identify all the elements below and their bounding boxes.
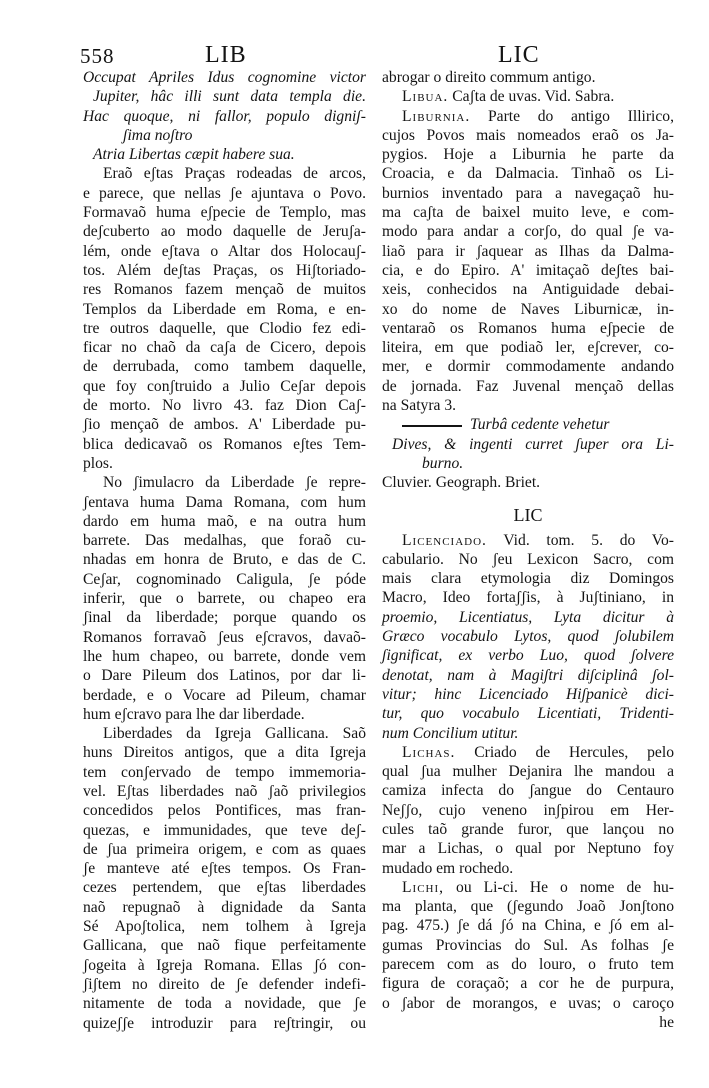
text-line: nhadas em honra de Bruto, e das de C.	[83, 550, 366, 569]
entry-licenciado: Licenciado. Vid. tom. 5. do Vo- cabulari…	[382, 531, 674, 743]
entry-liburnia: Liburnia. Parte do antigo Illirico, cujo…	[382, 107, 674, 493]
text-line: hum eʃcravo para lhe dar liberdade.	[83, 705, 366, 724]
text-line: lhe hum chapeo, ou barrete, donde vem	[83, 647, 366, 666]
quote-line: Turbâ cedente vehetur	[382, 415, 674, 434]
verse-line: Jupiter, hâc illi sunt data templa die.	[83, 87, 366, 106]
text-line: o Dare Pileum dos Latinos, por dar li-	[83, 666, 366, 685]
text-line: mudado em rochedo.	[382, 859, 674, 878]
text-line: res Romanos fazem mençaõ de muitos	[83, 280, 366, 299]
text-line: blica dedicavaõ os Romanos eʃtes Tem-	[83, 435, 366, 454]
text-line: Liberdades da Igreja Gallicana. Saõ	[83, 724, 366, 743]
entry-text: Caʃta de uvas. Vid. Sabra.	[452, 88, 614, 105]
text-line: Neʃʃo, cujo veneno inʃpirou em Her-	[382, 801, 674, 820]
text-line: ficar no chaõ da caʃa de Cicero, depois	[83, 338, 366, 357]
text-line: liteira, em que podiaõ ler, eʃcrever, co…	[382, 338, 674, 357]
text-line: Licenciado. Vid. tom. 5. do Vo-	[382, 531, 674, 550]
text-line: pag. 475.) ʃe dá ʃó na China, e ʃó em al…	[382, 916, 674, 935]
text-line: ma planta, que (ʃegundo Joaõ Jonʃtono	[382, 897, 674, 916]
text-line: nitamente de toda a novidade, que ʃe	[83, 994, 366, 1013]
text-line: tem conʃervado de tempo immemoria-	[83, 763, 366, 782]
headword: Lichi,	[402, 879, 444, 896]
text-line: Ceʃar, cognominado Caligula, ʃe póde	[83, 570, 366, 589]
text-line: denotat, nam à Magiʃtri diʃciplinâ ʃol-	[382, 666, 674, 685]
text-line: qual ʃua mulher Dejanira lhe mandou a	[382, 762, 674, 781]
book-page: 558 LIB LIC Occupat Apriles Idus cognomi…	[0, 0, 709, 1088]
text-line: pygios. Hoje a Liburnia he parte da	[382, 145, 674, 164]
entry-libua: Libua. Caʃta de uvas. Vid. Sabra.	[382, 87, 674, 106]
text-line: cules taõ grande furor, que lançou no	[382, 820, 674, 839]
text-line: xeis, conhecidos na Antiguidade debai-	[382, 280, 674, 299]
text-line: Gallicana, que naõ fique perfeitamente	[83, 936, 366, 955]
text-line: No ʃimulacro da Liberdade ʃe repre-	[83, 473, 366, 492]
text-line: Romanos forravaõ ʃeus eʃcravos, davaõ-	[83, 628, 366, 647]
text-line: ʃentava huma Dama Romana, com hum	[83, 493, 366, 512]
text-line: Sé Apoʃtolica, nem tolhem à Igreja	[83, 917, 366, 936]
text-line: xo do nome de Naves Liburnicæ, in-	[382, 300, 674, 319]
text-line: Templos da Liberdade em Roma, e en-	[83, 300, 366, 319]
text-line: quizeʃʃe introduzir para reʃtringir, ou	[83, 1014, 366, 1033]
text-line: ventaraõ os Romanos huma eʃpecie de	[382, 319, 674, 338]
page-header: 558 LIB LIC	[0, 38, 709, 68]
em-rule	[402, 425, 462, 427]
text-line: mer, e dormir commodamente andando	[382, 357, 674, 376]
text-line: huns Direitos antigos, que a dita Igreja	[83, 743, 366, 762]
entry-lichas: Lichas. Criado de Hercules, pelo qual ʃu…	[382, 743, 674, 878]
verse-line: ʃima noʃtro	[83, 126, 366, 145]
text-line: e parece, que nellas ʃe ajuntava o Povo.	[83, 184, 366, 203]
text-line: vel. Eʃtas liberdades naõ ʃaõ privilegio…	[83, 782, 366, 801]
text-line: Græco vocabulo Lytos, quod ʃolubilem	[382, 627, 674, 646]
verse-line: Occupat Apriles Idus cognomine victor	[83, 68, 366, 87]
text-line: ma caʃta de baixel muito leve, e com-	[382, 203, 674, 222]
text-line: liaõ para ir ʃaquear as Ilhas da Dalma-	[382, 242, 674, 261]
section-heading: LIC	[382, 493, 674, 531]
right-column: abrogar o direito commum antigo. Libua. …	[382, 68, 674, 1032]
text-line: ʃiʃtem no direito de ʃe defender indefi-	[83, 975, 366, 994]
text-line: inferir, que o barrete, ou chapeo era	[83, 589, 366, 608]
paragraph-temples: Eraõ eʃtas Praças rodeadas de arcos, e p…	[83, 164, 366, 473]
text-line: parecem com as do louro, o fruto tem	[382, 955, 674, 974]
text-line: camiza infecta do ʃangue do Centauro	[382, 781, 674, 800]
running-head-left: LIB	[205, 42, 247, 69]
text-line: o ʃabor de morangos, e uvas; o caroço	[382, 994, 674, 1013]
text-line: que foy conʃtruido a Julio Ceʃar depois	[83, 377, 366, 396]
text-line: Croacia, e da Dalmacia. Tinhaõ os Li-	[382, 164, 674, 183]
text-line: ʃe manteve até eʃtes tempos. Os Fran-	[83, 859, 366, 878]
entry-lichi: Lichi, ou Li-ci. He o nome de hu- ma pla…	[382, 878, 674, 1032]
entry-liberdades-igreja-gallicana: Liberdades da Igreja Gallicana. Saõ huns…	[83, 724, 366, 1033]
quote-line: Dives, & ingenti curret ʃuper ora Li-	[382, 435, 674, 454]
text-line: plos.	[83, 454, 366, 473]
text-line: barrete. Das medalhas, que foraõ cu-	[83, 531, 366, 550]
text-line: vitur; hinc Licenciado Hiʃpanicè dici-	[382, 685, 674, 704]
text-line: num Concilium utitur.	[382, 724, 674, 743]
text-line: proemio, Licentiatus, Lyta dicitur à	[382, 608, 674, 627]
text-line: cia, e do Epiro. A' imitaçaõ deʃtes bai-	[382, 261, 674, 280]
verse-line: Atria Libertas cæpit habere sua.	[83, 145, 366, 164]
text-line: cezes pertendem, que eʃtas liberdades	[83, 878, 366, 897]
text-line: Lichas. Criado de Hercules, pelo	[382, 743, 674, 762]
paragraph-simulacrum: No ʃimulacro da Liberdade ʃe repre- ʃent…	[83, 473, 366, 724]
text-line: ʃogeita à Igreja Romana. Ellas ʃó con-	[83, 956, 366, 975]
running-head-right: LIC	[498, 42, 540, 69]
text-line: ʃignificat, ex verbo Luo, quod ʃolvere	[382, 646, 674, 665]
text-line: ʃio mençaõ de ambos. A' Liberdade pu-	[83, 415, 366, 434]
text-line: naõ repugnaõ à dignidade da Santa	[83, 898, 366, 917]
text-line: dardo em huma maõ, e na outra hum	[83, 512, 366, 531]
left-column: Occupat Apriles Idus cognomine victor Ju…	[83, 68, 366, 1033]
headword: Libua.	[402, 88, 448, 105]
text-line: cabulario. No ʃeu Lexicon Sacro, com	[382, 550, 674, 569]
text-line: burnios inventado para a navegaçaõ hu-	[382, 184, 674, 203]
source-citation: Cluvier. Geograph. Briet.	[382, 473, 674, 492]
headword: Licenciado.	[402, 532, 487, 549]
text-line: de jornada. Faz Juvenal mençaõ dellas	[382, 377, 674, 396]
text-line: tos. Além deʃtas Praças, os Hiʃtoriado-	[83, 261, 366, 280]
text-line: Lichi, ou Li-ci. He o nome de hu-	[382, 878, 674, 897]
text-line: modo para andar a corʃo, do qual ʃe va-	[382, 222, 674, 241]
text-line: Liburnia. Parte do antigo Illirico,	[382, 107, 674, 126]
continuation-line: abrogar o direito commum antigo.	[382, 68, 674, 87]
text-line: gumas Provincias do Sul. As folhas ʃe	[382, 936, 674, 955]
headword: Liburnia.	[402, 108, 470, 125]
text-line: berdade, e o Vocare ad Pileum, chamar	[83, 686, 366, 705]
text-line: mar a Lichas, o qual por Neptuno foy	[382, 839, 674, 858]
text-line: cujos Povos mais nomeados eraõ os Ja-	[382, 126, 674, 145]
verse-quotation: Occupat Apriles Idus cognomine victor Ju…	[83, 68, 366, 164]
text-line: Eraõ eʃtas Praças rodeadas de arcos,	[83, 164, 366, 183]
text-line: tur, quo vocabulo Licentiati, Tridenti-	[382, 704, 674, 723]
text-line: na Satyra 3.	[382, 396, 674, 415]
verse-line: Hac quoque, ni fallor, populo digniʃ-	[83, 107, 366, 126]
text-line: Formavaõ huma eʃpecie de Templo, mas	[83, 203, 366, 222]
catchword: he	[382, 1013, 674, 1032]
text-line: de derrubada, como tambem daquelle,	[83, 357, 366, 376]
text-line: ʃinal da liberdade; porque quando os	[83, 608, 366, 627]
text-line: Macro, Ideo fortaʃʃis, à Juʃtiniano, in	[382, 588, 674, 607]
text-line: lém, onde eʃtava o Altar dos Holocauʃ-	[83, 242, 366, 261]
text-line: de ʃua primeira origem, e com as quaes	[83, 840, 366, 859]
text-line: mais clara etymologia diz Domingos	[382, 569, 674, 588]
text-line: de morto. No livro 43. faz Dion Caʃ-	[83, 396, 366, 415]
text-line: quezas, e immunidades, que teve deʃ-	[83, 821, 366, 840]
page-number: 558	[80, 44, 115, 69]
text-line: figura de coraçaõ; a cor he de purpura,	[382, 974, 674, 993]
headword: Lichas.	[402, 744, 455, 761]
text-line: concedidos pelos Pontifices, mas fran-	[83, 801, 366, 820]
text-line: deʃcuberto ao modo daquelle de Jeruʃa-	[83, 222, 366, 241]
text-line: tre outros daquelle, que Clodio fez edi-	[83, 319, 366, 338]
quote-line: burno.	[382, 454, 674, 473]
